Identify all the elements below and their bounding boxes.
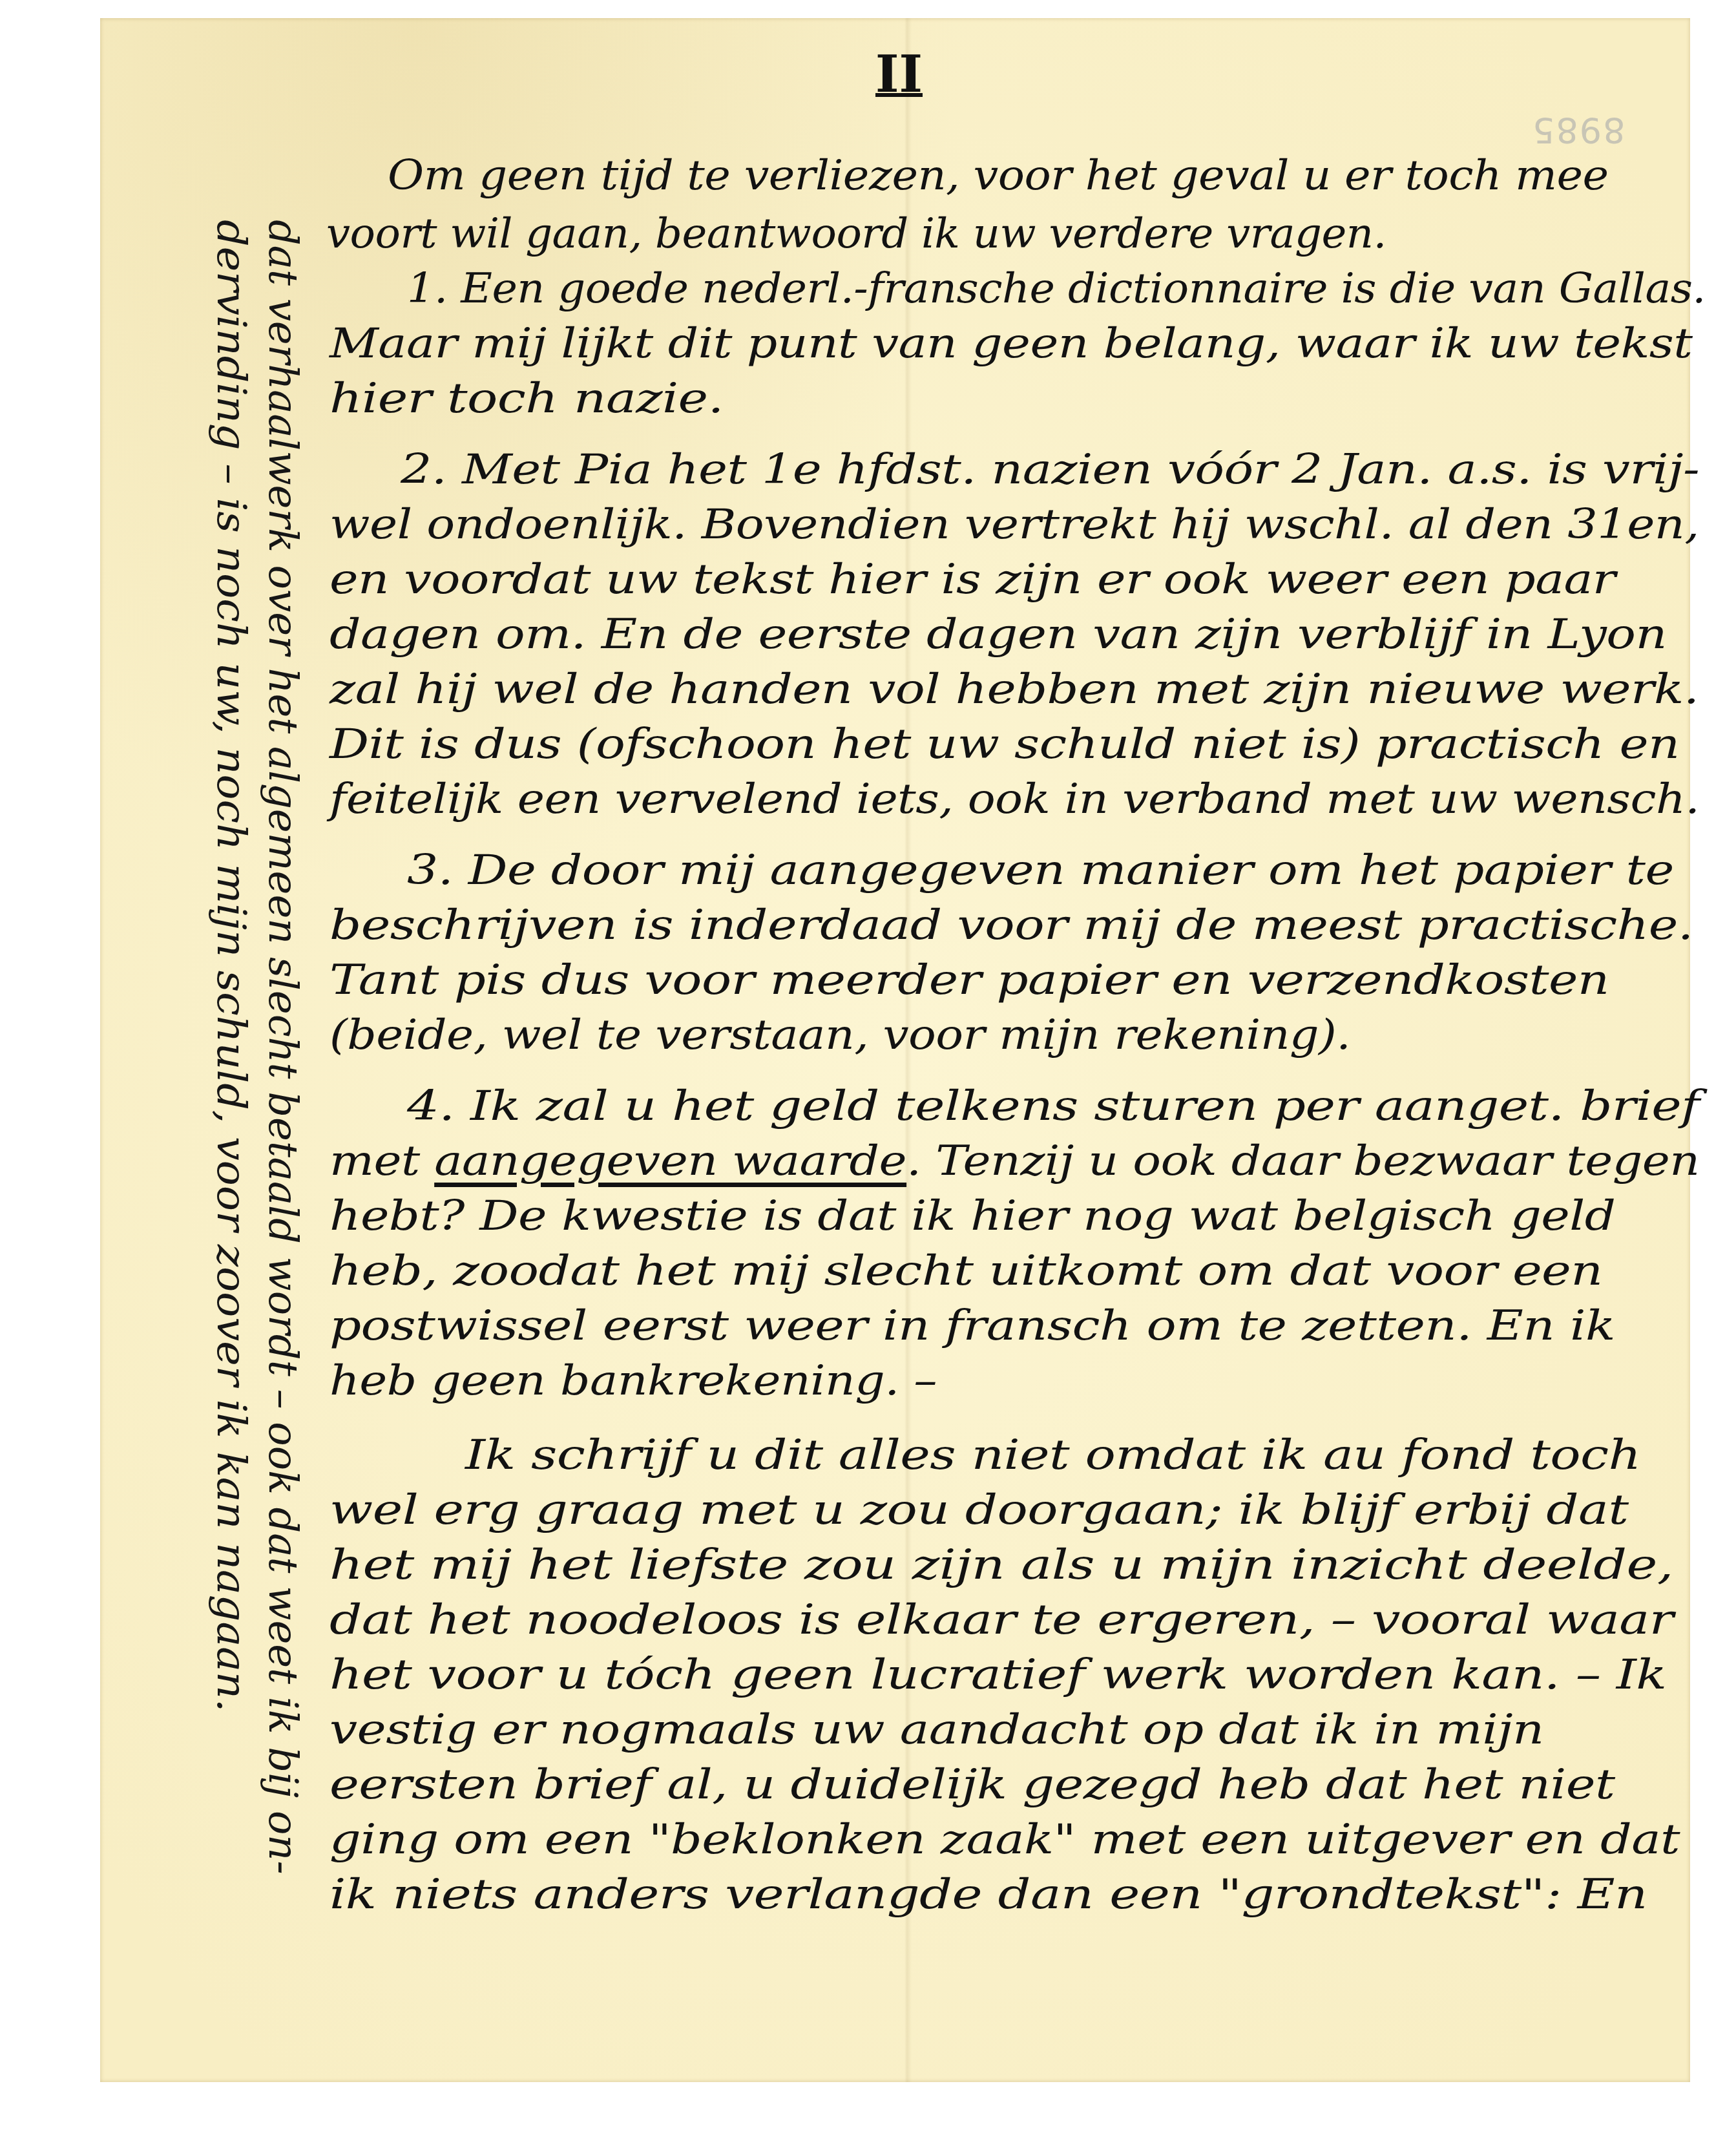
- letter-line: 2. Met Pia het 1e hfdst. nazien vóór 2 J…: [401, 446, 1699, 494]
- letter-line: 4. Ik zal u het geld telkens sturen per …: [407, 1082, 1700, 1130]
- letter-line: Ik schrijf u dit alles niet omdat ik au …: [465, 1431, 1641, 1479]
- letter-line: dat het noodeloos is elkaar te ergeren, …: [329, 1596, 1673, 1644]
- letter-line: wel erg graag met u zou doorgaan; ik bli…: [329, 1486, 1628, 1534]
- archive-stamp: 8985: [1531, 110, 1625, 151]
- letter-line: dagen om. En de eerste dagen van zijn ve…: [329, 611, 1667, 658]
- letter-line: ging om een "beklonken zaak" met een uit…: [329, 1816, 1680, 1864]
- letter-line: 3. De door mij aangegeven manier om het …: [407, 847, 1674, 894]
- letter-line: Tant pis dus voor meerder papier en verz…: [329, 956, 1609, 1004]
- letter-line: heb geen bankrekening. –: [329, 1357, 937, 1405]
- letter-line: 1. Een goede nederl.-fransche dictionnai…: [407, 265, 1706, 313]
- letter-line: hier toch nazie.: [329, 375, 724, 423]
- letter-line: wel ondoenlijk. Bovendien vertrekt hij w…: [329, 501, 1699, 549]
- line-fragment: . Tenzij u ook daar bezwaar tegen: [906, 1137, 1699, 1185]
- page-number: II: [875, 45, 914, 104]
- letter-line: heb, zoodat het mij slecht uitkomt om da…: [329, 1247, 1603, 1295]
- letter-line: Maar mij lijkt dit punt van geen belang,…: [329, 320, 1692, 368]
- letter-line: Dit is dus (ofschoon het uw schuld niet …: [329, 721, 1679, 768]
- letter-line: ik niets anders verlangde dan een "grond…: [329, 1871, 1647, 1919]
- letter-line: zal hij wel de handen vol hebben met zij…: [329, 666, 1699, 713]
- letter-line: vestig er nogmaals uw aandacht op dat ik…: [329, 1706, 1544, 1754]
- letter-line: het mij het liefste zou zijn als u mijn …: [329, 1541, 1673, 1589]
- letter-line: (beide, wel te verstaan, voor mijn reken…: [329, 1011, 1350, 1059]
- letter-line: feitelijk een vervelend iets, ook in ver…: [329, 775, 1699, 823]
- letter-line: beschrijven is inderdaad voor mij de mee…: [329, 901, 1693, 949]
- letter-line: met aangegeven waarde. Tenzij u ook daar…: [329, 1137, 1700, 1185]
- letter-line: en voordat uw tekst hier is zijn er ook …: [329, 556, 1615, 604]
- letter-line: postwissel eerst weer in fransch om te z…: [329, 1302, 1615, 1350]
- margin-note-line: dervinding – is noch uw, noch mijn schul…: [208, 220, 255, 1712]
- underlined-phrase: aangegeven waarde: [434, 1137, 906, 1185]
- margin-note-line: dat verhaalwerk over het algemeen slecht…: [260, 220, 307, 1874]
- line-fragment: met: [329, 1137, 434, 1185]
- letter-line: Om geen tijd te verliezen, voor het geva…: [388, 152, 1609, 200]
- letter-line: voort wil gaan, beantwoord ik uw verdere…: [326, 210, 1386, 258]
- letter-line: hebt? De kwestie is dat ik hier nog wat …: [329, 1192, 1615, 1240]
- letter-line: eersten brief al, u duidelijk gezegd heb…: [329, 1761, 1615, 1809]
- letter-line: het voor u tóch geen lucratief werk word…: [329, 1651, 1666, 1699]
